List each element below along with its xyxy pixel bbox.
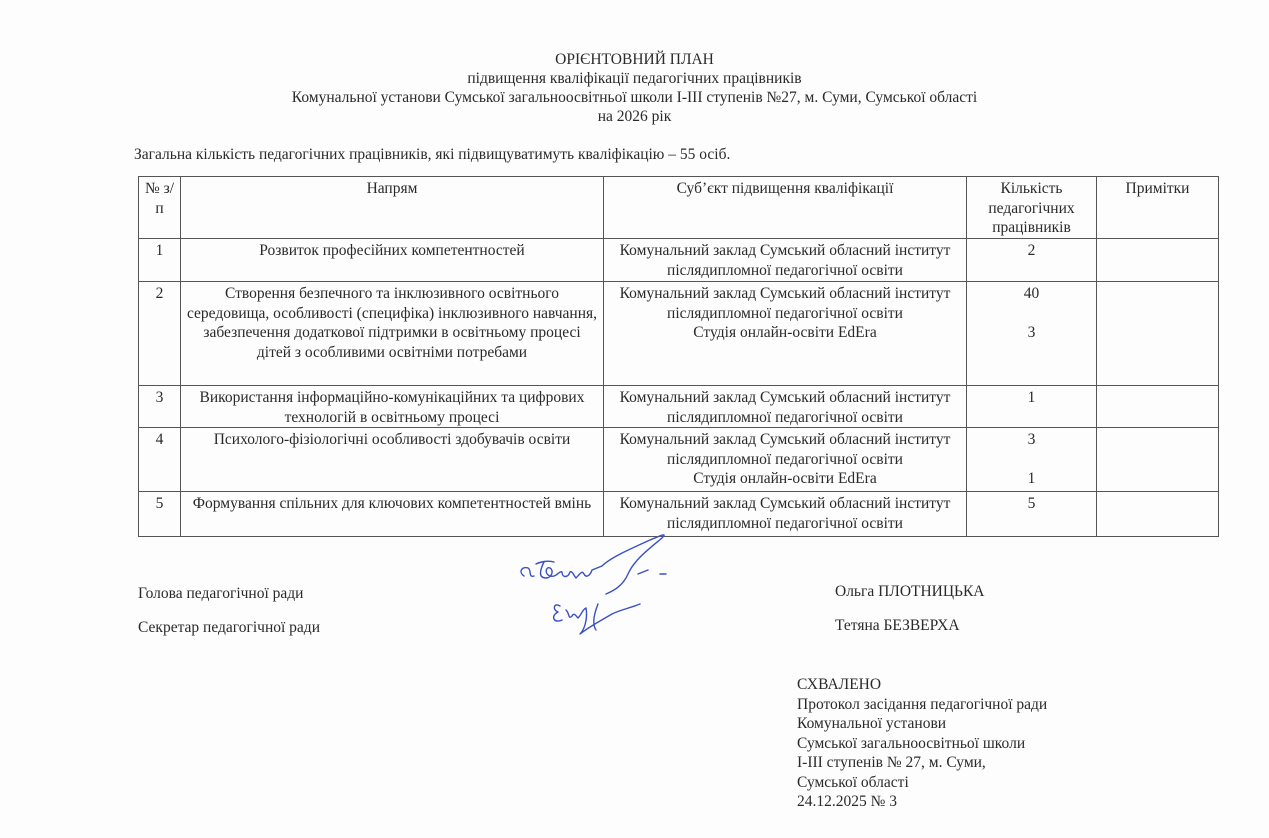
column-header-count: Кількість педагогічних працівників [967,177,1097,239]
chair-label: Голова педагогічної ради [138,585,303,603]
row-provider: Комунальний заклад Сумський обласний інс… [604,428,967,492]
provider-name: Комунальний заклад Сумський обласний інс… [620,389,951,426]
approval-line: Сумської області [797,773,1047,793]
approval-line: Комунальної установи [797,714,1047,734]
count-value: 5 [971,494,1092,514]
row-direction: Використання інформаційно-комунікаційних… [181,386,604,428]
row-count: 40 3 [967,282,1097,386]
document-header: ОРІЄНТОВНИЙ ПЛАН підвищення кваліфікації… [0,50,1269,126]
row-count: 1 [967,386,1097,428]
approval-block: СХВАЛЕНО Протокол засідання педагогічної… [797,675,1047,812]
chair-name: Ольга ПЛОТНИЦЬКА [835,583,985,601]
column-header-number: № з/п [139,177,181,239]
row-number: 2 [139,282,181,386]
row-count: 3 1 [967,428,1097,492]
row-provider: Комунальний заклад Сумський обласний інс… [604,282,967,386]
provider-name: Комунальний заклад Сумський обласний інс… [608,284,962,323]
provider-name: Студія онлайн-освіти EdEra [608,469,962,489]
row-number: 1 [139,239,181,282]
count-value: 1 [971,469,1092,489]
qualification-plan-table: № з/п Напрям Суб’єкт підвищення кваліфік… [138,176,1219,537]
row-direction: Розвиток професійних компетентностей [181,239,604,282]
provider-name: Комунальний заклад Сумський обласний інс… [620,242,951,279]
row-number: 3 [139,386,181,428]
document-subtitle: підвищення кваліфікації педагогічних пра… [0,69,1269,88]
approval-heading: СХВАЛЕНО [797,675,1047,695]
provider-name: Студія онлайн-освіти EdEra [608,323,962,343]
row-notes [1097,386,1219,428]
column-header-direction: Напрям [181,177,604,239]
provider-name: Комунальний заклад Сумський обласний інс… [620,495,951,532]
handwritten-signatures-icon [510,530,700,645]
plan-year: на 2026 рік [0,107,1269,126]
column-header-provider: Суб’єкт підвищення кваліфікації [604,177,967,239]
row-direction: Психолого-фізіологічні особливості здобу… [181,428,604,492]
count-value: 3 [971,323,1092,343]
table-header-row: № з/п Напрям Суб’єкт підвищення кваліфік… [139,177,1219,239]
row-count: 2 [967,239,1097,282]
document-title: ОРІЄНТОВНИЙ ПЛАН [0,50,1269,69]
row-number: 5 [139,492,181,537]
row-notes [1097,239,1219,282]
table-row: 2 Створення безпечного та інклюзивного о… [139,282,1219,386]
count-value: 1 [971,388,1092,408]
table-row: 3 Використання інформаційно-комунікаційн… [139,386,1219,428]
table-row: 1 Розвиток професійних компетентностей К… [139,239,1219,282]
column-header-notes: Примітки [1097,177,1219,239]
row-notes [1097,492,1219,537]
row-provider: Комунальний заклад Сумський обласний інс… [604,386,967,428]
approval-line: І-ІІІ ступенів № 27, м. Суми, [797,753,1047,773]
secretary-label: Секретар педагогічної ради [138,619,320,637]
row-count: 5 [967,492,1097,537]
approval-date: 24.12.2025 № 3 [797,792,1047,812]
institution-name: Комунальної установи Сумської загальноос… [0,88,1269,107]
count-value: 40 [971,284,1092,323]
count-value: 3 [971,430,1092,469]
row-notes [1097,282,1219,386]
provider-name: Комунальний заклад Сумський обласний інс… [608,430,962,469]
row-direction: Створення безпечного та інклюзивного осв… [181,282,604,386]
total-staff-line: Загальна кількість педагогічних працівни… [134,146,730,164]
secretary-name: Тетяна БЕЗВЕРХА [835,617,960,635]
table-row: 4 Психолого-фізіологічні особливості здо… [139,428,1219,492]
row-provider: Комунальний заклад Сумський обласний інс… [604,239,967,282]
count-value: 2 [971,241,1092,261]
approval-line: Сумської загальноосвітньої школи [797,734,1047,754]
approval-line: Протокол засідання педагогічної ради [797,695,1047,715]
row-number: 4 [139,428,181,492]
row-notes [1097,428,1219,492]
